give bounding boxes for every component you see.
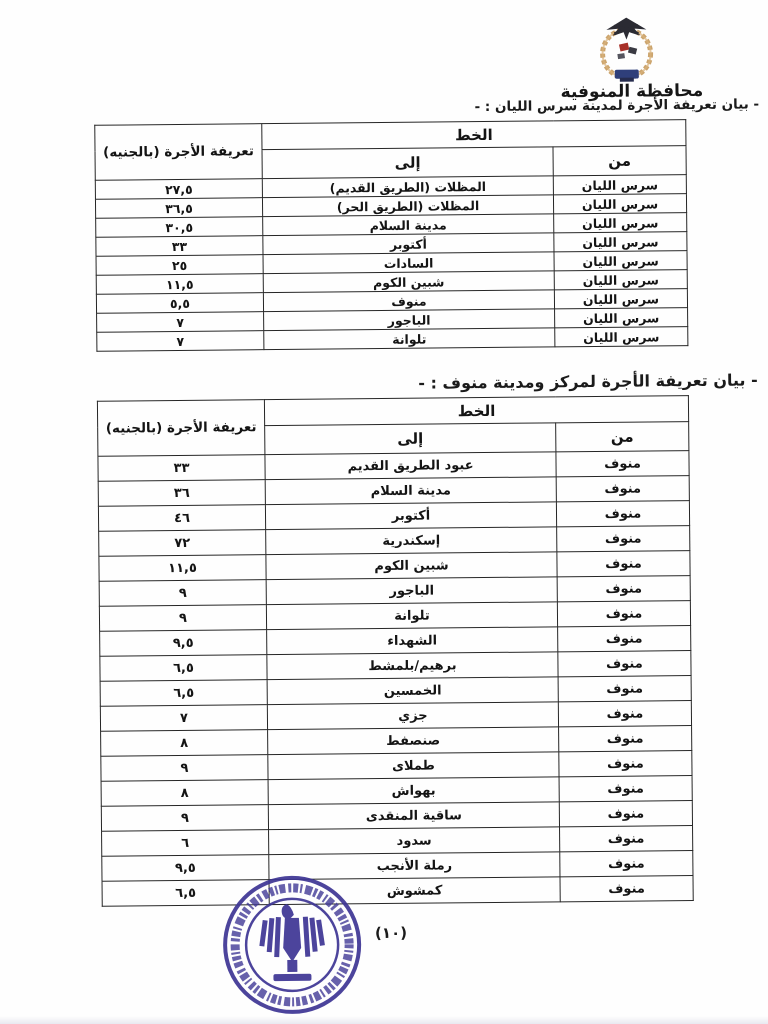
fare-cell: ٧ [97,331,264,352]
from-cell: منوف [557,551,690,577]
menouf-table-body: منوف عبود الطريق القديم ٣٣ منوف مدينة ال… [98,451,693,907]
scan-content: محافظة المنوفية - بيان تعريفة الأجرة لمد… [0,0,768,1024]
sers-fare-table: الخط تعريفة الأجرة (بالجنيه) من إلى سرس … [94,119,688,352]
sers-table-body: سرس الليان المظلات (الطريق القديم) ٢٧,٥ … [95,175,688,352]
fare-cell: ٧ [97,312,264,333]
to-cell: ساقية المنقدى [268,802,559,830]
fare-cell: ٣٠,٥ [96,217,263,238]
fare-cell: ٩ [101,755,268,782]
from-cell: منوف [556,451,689,477]
fare-cell: ٢٥ [96,255,263,276]
from-cell: منوف [559,726,692,752]
from-cell: سرس الليان [554,289,687,309]
fare-cell: ٧٢ [99,530,266,557]
fare-cell: ٢٧,٥ [95,179,262,200]
scan-edge-shadow [0,1016,768,1024]
from-header: من [553,146,686,176]
from-cell: منوف [559,776,692,802]
from-cell: منوف [558,701,691,727]
fare-cell: ٥,٥ [96,293,263,314]
from-cell: منوف [559,801,692,827]
to-cell: سدود [269,827,560,855]
fare-cell: ١١,٥ [99,555,266,582]
from-cell: سرس الليان [554,270,687,290]
to-cell: برهيم/بلمشط [267,652,558,680]
from-cell: سرس الليان [555,327,688,347]
fare-cell: ٣٦ [98,480,265,507]
to-cell: عبود الطريق القديم [265,452,556,480]
to-cell: الباجور [266,577,557,605]
fare-cell: ٦,٥ [100,655,267,682]
to-cell: إسكندرية [266,527,557,555]
to-cell: جزي [267,702,558,730]
from-cell: سرس الليان [553,194,686,214]
from-cell: منوف [558,676,691,702]
fare-cell: ٦ [102,830,269,857]
from-cell: منوف [560,876,693,902]
menouf-fare-table: الخط تعريفة الأجرة (بالجنيه) من إلى منوف… [97,395,694,907]
to-cell: طملاى [268,752,559,780]
fare-cell: ٩,٥ [100,630,267,657]
fare-cell: ٨ [101,780,268,807]
from-cell: منوف [558,626,691,652]
scanned-document-page: محافظة المنوفية - بيان تعريفة الأجرة لمد… [0,0,768,1024]
from-cell: منوف [560,826,693,852]
from-cell: منوف [557,601,690,627]
to-cell: مدينة السلام [265,477,556,505]
fare-cell: ١١,٥ [96,274,263,295]
to-header: إلى [265,423,556,455]
fare-cell: ٣٣ [96,236,263,257]
to-cell: شبين الكوم [266,552,557,580]
from-cell: منوف [560,851,693,877]
from-cell: منوف [559,751,692,777]
from-header: من [556,422,689,452]
from-cell: منوف [556,501,689,527]
to-cell: أكتوبر [265,502,556,530]
to-cell: بهواش [268,777,559,805]
to-cell: تلوانة [266,602,557,630]
to-cell: تلوانة [264,328,555,350]
from-cell: منوف [557,526,690,552]
to-cell: الخمسين [267,677,558,705]
from-cell: سرس الليان [553,175,686,195]
fare-cell: ٣٦,٥ [95,198,262,219]
table-row: منوف كمشوش ٦,٥ [102,876,693,907]
from-cell: منوف [556,476,689,502]
sers-table-title: - بيان تعريفة الأجرة لمدينة سرس الليان :… [475,96,760,115]
fare-cell: ٩ [99,605,266,632]
fare-cell: ٨ [101,730,268,757]
from-cell: سرس الليان [555,308,688,328]
fare-cell: ٣٣ [98,455,265,482]
line-header: الخط [264,396,688,426]
from-cell: منوف [558,651,691,677]
egypt-coat-of-arms-icon [592,13,661,84]
official-stamp-icon [216,869,367,1020]
to-header: إلى [262,147,553,179]
fare-cell: ٦,٥ [100,680,267,707]
from-cell: منوف [557,576,690,602]
from-cell: سرس الليان [554,251,687,271]
from-cell: سرس الليان [554,213,687,233]
fare-cell: ٩ [99,580,266,607]
line-header: الخط [262,120,686,150]
to-cell: صنصفط [268,727,559,755]
to-cell: الشهداء [267,627,558,655]
fare-cell: ٩ [101,805,268,832]
fare-header: تعريفة الأجرة (بالجنيه) [97,400,265,457]
menouf-table-title: - بيان تعريفة الأجرة لمركز ومدينة منوف :… [418,370,758,392]
page-number: (١٠) [363,924,419,943]
fare-cell: ٤٦ [98,505,265,532]
fare-header: تعريفة الأجرة (بالجنيه) [95,124,263,181]
fare-cell: ٧ [100,705,267,732]
from-cell: سرس الليان [554,232,687,252]
